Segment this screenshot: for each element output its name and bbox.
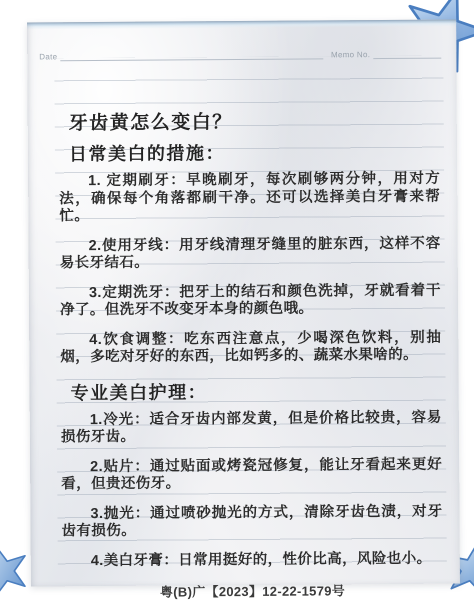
memo-no-label: Memo No.: [323, 50, 373, 59]
list-item: 4.饮食调整：吃东西注意点，少喝深色饮料，别抽烟，多吃对牙好的东西，比如钙多的、…: [60, 329, 441, 367]
date-label: Date: [39, 52, 60, 61]
list-item: 2.贴片：通过贴面或烤瓷冠修复，能让牙看起来更好看，但贵还伤牙。: [61, 456, 442, 494]
list-item: 1.冷光：适合牙齿内部发黄，但是价格比较贵，容易损伤牙齿。: [61, 409, 442, 447]
memo-paper: Date Memo No. 牙齿黄怎么变白？ 日常美白的措施： 1. 定期刷牙：…: [27, 20, 460, 587]
page-title: 牙齿黄怎么变白？: [69, 110, 440, 137]
section-heading-professional: 专业美白护理：: [71, 378, 442, 405]
memo-no-underline: [373, 57, 441, 59]
date-underline: [60, 57, 323, 61]
list-item: 3.定期洗牙：把牙上的结石和颜色洗掉，牙就看着干净了。但洗牙不改变牙本身的颜色哦…: [60, 282, 441, 320]
section-heading-daily: 日常美白的措施：: [69, 140, 440, 167]
list-item: 2.使用牙线：用牙线清理牙缝里的脏东西，这样不容易长牙结石。: [60, 235, 441, 273]
list-item: 4.美白牙膏：日常用挺好的，性价比高，风险也小。: [62, 550, 443, 570]
memo-header: Date Memo No.: [39, 50, 441, 62]
memo-content: 牙齿黄怎么变白？ 日常美白的措施： 1. 定期刷牙：早晚刷牙，每次刷够两分钟，用…: [59, 102, 443, 600]
list-item: 3.抛光：通过喷砂抛光的方式，清除牙齿色渍，对牙齿有损伤。: [61, 503, 442, 541]
license-number: 粤(B)广【2023】12-22-1579号: [62, 580, 443, 600]
list-item: 1. 定期刷牙：早晚刷牙，每次刷够两分钟，用对方法，确保每个角落都刷干净。还可以…: [59, 171, 440, 226]
